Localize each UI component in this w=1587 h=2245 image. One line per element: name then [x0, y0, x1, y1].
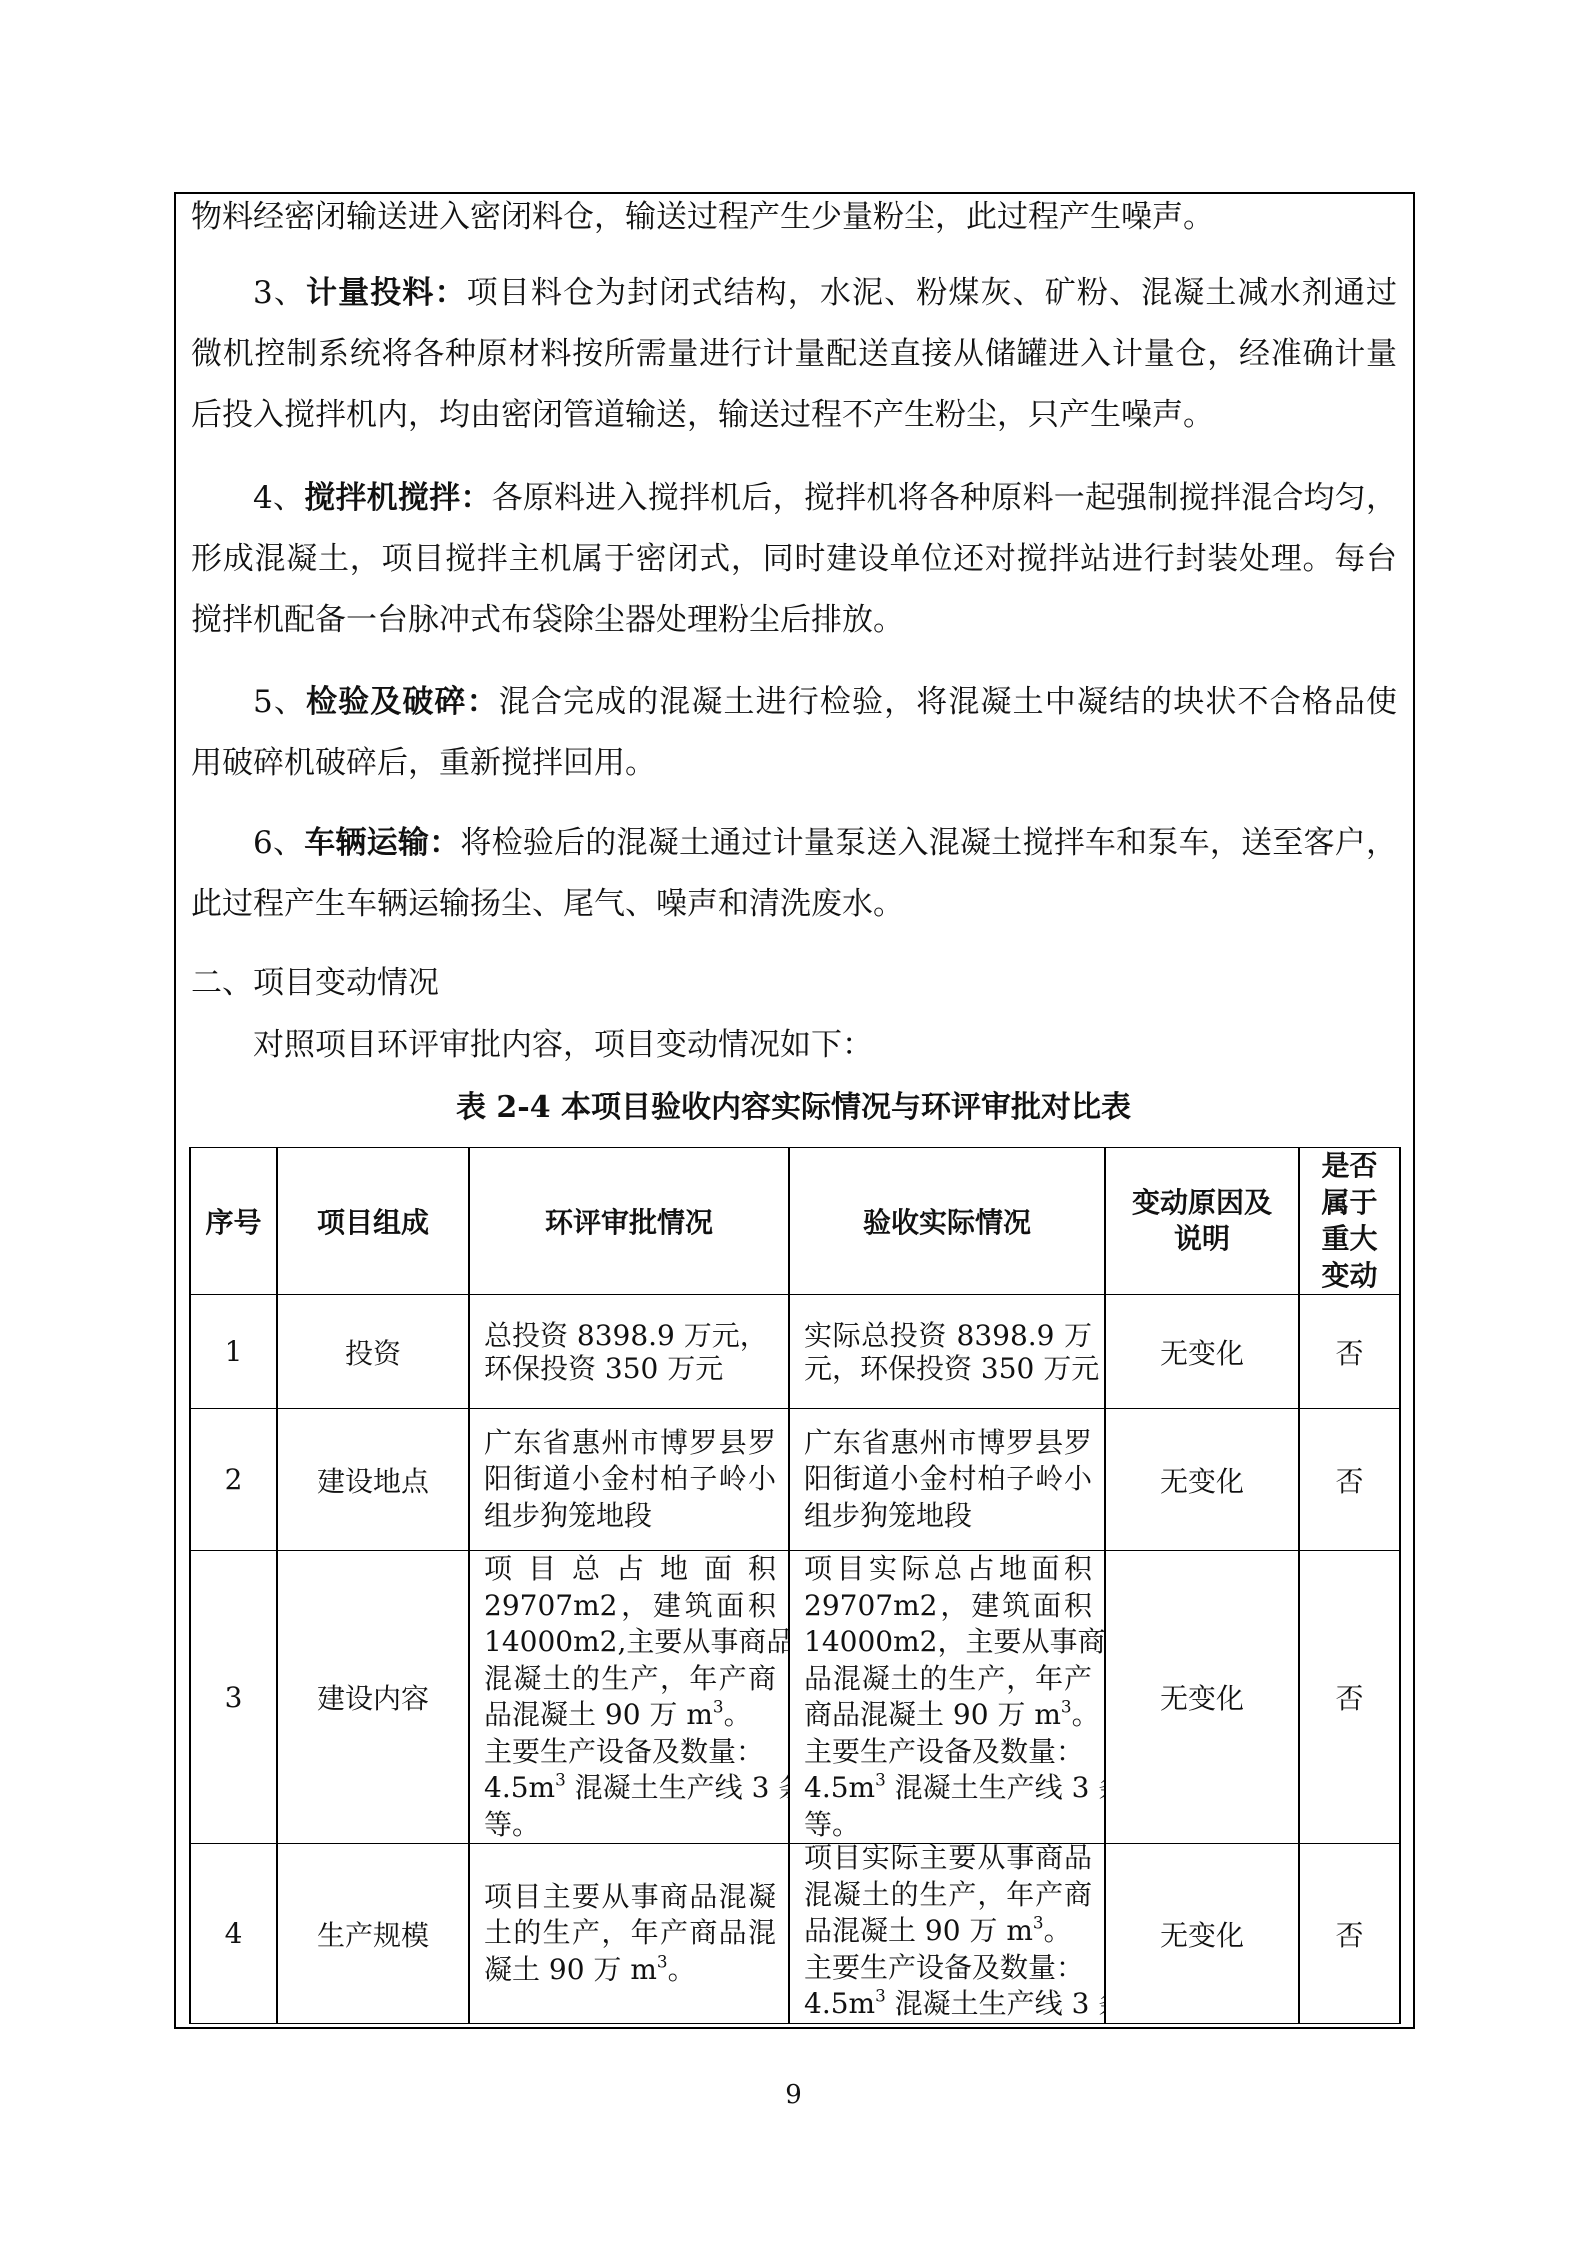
cell-line: 元，环保投资 350 万元 — [804, 1352, 1092, 1385]
section-intro-text: 对照项目环评审批内容，项目变动情况如下： — [191, 1015, 1397, 1076]
page-number: 9 — [0, 2078, 1587, 2112]
cell-line: 主要生产设备及数量： — [484, 1734, 776, 1771]
superscript: 3 — [1033, 1912, 1044, 1932]
text-line: 6、车辆运输：将检验后的混凝土通过计量泵送入混凝土搅拌车和泵车，送至客户， — [191, 813, 1397, 874]
cell-line-text: 混凝土生产线 3 条 — [566, 1771, 789, 1804]
cell-component: 投资 — [277, 1295, 469, 1409]
cell-no: 4 — [190, 1844, 277, 2024]
header-reason-line: 说明 — [1106, 1221, 1298, 1258]
cell-reason: 无变化 — [1105, 1844, 1299, 2024]
paragraph-continuation: 物料经密闭输送进入密闭料仓，输送过程产生少量粉尘，此过程产生噪声。 — [191, 187, 1397, 248]
cell-line: 广东省惠州市博罗县罗 — [484, 1425, 776, 1462]
cell-reason: 无变化 — [1105, 1295, 1299, 1409]
table-row: 3 建设内容 项目总占地面积 29707m2，建筑面积 14000m2,主要从事… — [190, 1551, 1400, 1844]
superscript: 3 — [875, 1769, 886, 1789]
cell-line: 4.5m3 混凝土生产线 3 条 — [804, 1770, 1092, 1807]
cell-line: 品混凝土的生产，年产 — [804, 1661, 1092, 1698]
cell-line: 项目实际总占地面积 — [804, 1551, 1092, 1588]
header-major-line: 属于 — [1300, 1185, 1399, 1222]
cell-line: 等。 — [804, 1807, 1092, 1844]
item-number: 5、 — [253, 684, 306, 720]
cell-no: 3 — [190, 1551, 277, 1844]
cell-no: 1 — [190, 1295, 277, 1409]
item-heading: 计量投料： — [306, 275, 467, 311]
text-line: 后投入搅拌机内，均由密闭管道输送，输送过程不产生粉尘，只产生噪声。 — [191, 385, 1397, 446]
cell-line-text: 。 — [668, 1953, 696, 1986]
item-text: 项目料仓为封闭式结构，水泥、粉煤灰、矿粉、混凝土减水剂通过 — [467, 275, 1397, 311]
cell-line: 广东省惠州市博罗县罗 — [804, 1425, 1092, 1462]
cell-eia: 广东省惠州市博罗县罗 阳街道小金村柏子岭小 组步狗笼地段 — [469, 1409, 789, 1551]
item-text: 各原料进入搅拌机后，搅拌机将各种原料一起强制搅拌混合均匀， — [492, 480, 1397, 516]
cell-line: 商品混凝土 90 万 m3。 — [804, 1697, 1092, 1734]
table-row: 2 建设地点 广东省惠州市博罗县罗 阳街道小金村柏子岭小 组步狗笼地段 广东省惠… — [190, 1409, 1400, 1551]
cell-line-text: 混凝土生产线 3 条 — [886, 1987, 1105, 2020]
cell-major: 否 — [1299, 1295, 1400, 1409]
item-text: 混合完成的混凝土进行检验，将混凝土中凝结的块状不合格品使 — [499, 684, 1397, 720]
cell-line-text: 。 — [1072, 1698, 1100, 1731]
cell-line: 实际总投资 8398.9 万 — [804, 1319, 1092, 1352]
superscript: 3 — [1061, 1696, 1072, 1716]
cell-line-text: 。 — [724, 1698, 752, 1731]
section-intro: 对照项目环评审批内容，项目变动情况如下： — [191, 1015, 1397, 1076]
cell-line: 4.5m3 混凝土生产线 3 条 — [804, 1986, 1092, 2023]
cell-line: 组步狗笼地段 — [804, 1498, 1092, 1535]
cell-line: 阳街道小金村柏子岭小 — [804, 1461, 1092, 1498]
cell-actual: 项目实际总占地面积 29707m2，建筑面积 14000m2，主要从事商 品混凝… — [789, 1551, 1105, 1844]
cell-line: 品混凝土 90 万 m3。 — [484, 1697, 776, 1734]
section-heading-text: 二、项目变动情况 — [191, 953, 1397, 1014]
cell-component: 建设内容 — [277, 1551, 469, 1844]
item-heading: 检验及破碎： — [306, 684, 499, 720]
cell-line: 环保投资 350 万元 — [484, 1352, 776, 1385]
cell-line-text: 凝土 90 万 m — [484, 1953, 657, 1986]
cell-line-text: 品混凝土 90 万 m — [804, 1914, 1033, 1947]
cell-line: 组步狗笼地段 — [484, 1498, 776, 1535]
cell-line-text: 4.5m — [804, 1771, 875, 1804]
cell-line: 29707m2，建筑面积 — [484, 1588, 776, 1625]
header-major-line: 是否 — [1300, 1148, 1399, 1185]
header-major-change: 是否 属于 重大 变动 — [1299, 1148, 1400, 1295]
text-line: 3、计量投料：项目料仓为封闭式结构，水泥、粉煤灰、矿粉、混凝土减水剂通过 — [191, 263, 1397, 324]
header-no: 序号 — [190, 1148, 277, 1295]
header-major-line: 重大 — [1300, 1221, 1399, 1258]
comparison-table: 序号 项目组成 环评审批情况 验收实际情况 变动原因及 说明 是否 属于 重大 … — [189, 1147, 1401, 2024]
cell-line-text: 混凝土生产线 3 条 — [886, 1771, 1105, 1804]
cell-line: 14000m2,主要从事商品 — [484, 1624, 776, 1661]
text-line: 形成混凝土，项目搅拌主机属于密闭式，同时建设单位还对搅拌站进行封装处理。每台 — [191, 529, 1397, 590]
item-text: 将检验后的混凝土通过计量泵送入混凝土搅拌车和泵车，送至客户， — [460, 825, 1397, 861]
item-number: 3、 — [253, 275, 306, 311]
header-component: 项目组成 — [277, 1148, 469, 1295]
cell-line: 项目总占地面积 — [484, 1551, 776, 1588]
text-line: 5、检验及破碎：混合完成的混凝土进行检验，将混凝土中凝结的块状不合格品使 — [191, 672, 1397, 733]
superscript: 3 — [713, 1696, 724, 1716]
cell-actual: 项目实际主要从事商品 混凝土的生产，年产商 品混凝土 90 万 m3。 主要生产… — [789, 1844, 1105, 2024]
superscript: 3 — [875, 1985, 886, 2005]
cell-major: 否 — [1299, 1409, 1400, 1551]
section-heading: 二、项目变动情况 — [191, 953, 1397, 1014]
text-line: 物料经密闭输送进入密闭料仓，输送过程产生少量粉尘，此过程产生噪声。 — [191, 187, 1397, 248]
text-line: 搅拌机配备一台脉冲式布袋除尘器处理粉尘后排放。 — [191, 590, 1397, 651]
cell-line-text: 品混凝土 90 万 m — [484, 1698, 713, 1731]
table-header-row: 序号 项目组成 环评审批情况 验收实际情况 变动原因及 说明 是否 属于 重大 … — [190, 1148, 1400, 1295]
cell-eia: 项目主要从事商品混凝 土的生产，年产商品混 凝土 90 万 m3。 — [469, 1844, 789, 2024]
cell-line: 主要生产设备及数量： — [804, 1950, 1092, 1987]
cell-line: 项目主要从事商品混凝 — [484, 1879, 776, 1916]
cell-line: 等。 — [484, 1807, 776, 1844]
superscript: 3 — [555, 1769, 566, 1789]
cell-actual: 实际总投资 8398.9 万 元，环保投资 350 万元 — [789, 1295, 1105, 1409]
cell-actual: 广东省惠州市博罗县罗 阳街道小金村柏子岭小 组步狗笼地段 — [789, 1409, 1105, 1551]
header-major-line: 变动 — [1300, 1258, 1399, 1295]
cell-line-text: 商品混凝土 90 万 m — [804, 1698, 1061, 1731]
cell-major: 否 — [1299, 1551, 1400, 1844]
cell-line: 土的生产，年产商品混 — [484, 1915, 776, 1952]
paragraph-mixing: 4、搅拌机搅拌：各原料进入搅拌机后，搅拌机将各种原料一起强制搅拌混合均匀， 形成… — [191, 468, 1397, 651]
item-heading: 车辆运输： — [304, 825, 460, 861]
item-number: 6、 — [253, 825, 304, 861]
item-heading: 搅拌机搅拌： — [304, 480, 491, 516]
cell-reason: 无变化 — [1105, 1551, 1299, 1844]
cell-eia: 项目总占地面积 29707m2，建筑面积 14000m2,主要从事商品 混凝土的… — [469, 1551, 789, 1844]
cell-line: 混凝土的生产，年产商 — [484, 1661, 776, 1698]
cell-line: 14000m2，主要从事商 — [804, 1624, 1092, 1661]
cell-no: 2 — [190, 1409, 277, 1551]
item-number: 4、 — [253, 480, 304, 516]
text-line: 4、搅拌机搅拌：各原料进入搅拌机后，搅拌机将各种原料一起强制搅拌混合均匀， — [191, 468, 1397, 529]
cell-line-text: 。 — [1044, 1914, 1072, 1947]
cell-line-text: 4.5m — [804, 1987, 875, 2020]
cell-component: 生产规模 — [277, 1844, 469, 2024]
cell-major: 否 — [1299, 1844, 1400, 2024]
cell-line: 4.5m3 混凝土生产线 3 条 — [484, 1770, 776, 1807]
cell-line-text: 4.5m — [484, 1771, 555, 1804]
text-line: 微机控制系统将各种原材料按所需量进行计量配送直接从储罐进入计量仓，经准确计量 — [191, 324, 1397, 385]
cell-line: 总投资 8398.9 万元， — [484, 1319, 776, 1352]
header-reason: 变动原因及 说明 — [1105, 1148, 1299, 1295]
table-caption: 表 2-4 本项目验收内容实际情况与环评审批对比表 — [174, 1077, 1413, 1138]
paragraph-transport: 6、车辆运输：将检验后的混凝土通过计量泵送入混凝土搅拌车和泵车，送至客户， 此过… — [191, 813, 1397, 935]
cell-line: 混凝土的生产，年产商 — [804, 1877, 1092, 1914]
table-row: 4 生产规模 项目主要从事商品混凝 土的生产，年产商品混 凝土 90 万 m3。… — [190, 1844, 1400, 2024]
cell-line: 阳街道小金村柏子岭小 — [484, 1461, 776, 1498]
text-line: 用破碎机破碎后，重新搅拌回用。 — [191, 733, 1397, 794]
table-row: 1 投资 总投资 8398.9 万元， 环保投资 350 万元 实际总投资 83… — [190, 1295, 1400, 1409]
cell-reason: 无变化 — [1105, 1409, 1299, 1551]
cell-eia: 总投资 8398.9 万元， 环保投资 350 万元 — [469, 1295, 789, 1409]
text-line: 此过程产生车辆运输扬尘、尾气、噪声和清洗废水。 — [191, 874, 1397, 935]
paragraph-metering: 3、计量投料：项目料仓为封闭式结构，水泥、粉煤灰、矿粉、混凝土减水剂通过 微机控… — [191, 263, 1397, 446]
paragraph-inspection: 5、检验及破碎：混合完成的混凝土进行检验，将混凝土中凝结的块状不合格品使 用破碎… — [191, 672, 1397, 794]
cell-line: 29707m2，建筑面积 — [804, 1588, 1092, 1625]
header-eia-approval: 环评审批情况 — [469, 1148, 789, 1295]
cell-component: 建设地点 — [277, 1409, 469, 1551]
cell-line: 项目实际主要从事商品 — [804, 1844, 1092, 1877]
superscript: 3 — [657, 1951, 668, 1971]
header-actual: 验收实际情况 — [789, 1148, 1105, 1295]
cell-line: 主要生产设备及数量： — [804, 1734, 1092, 1771]
cell-line: 品混凝土 90 万 m3。 — [804, 1913, 1092, 1950]
cell-line: 凝土 90 万 m3。 — [484, 1952, 776, 1989]
header-reason-line: 变动原因及 — [1106, 1185, 1298, 1222]
